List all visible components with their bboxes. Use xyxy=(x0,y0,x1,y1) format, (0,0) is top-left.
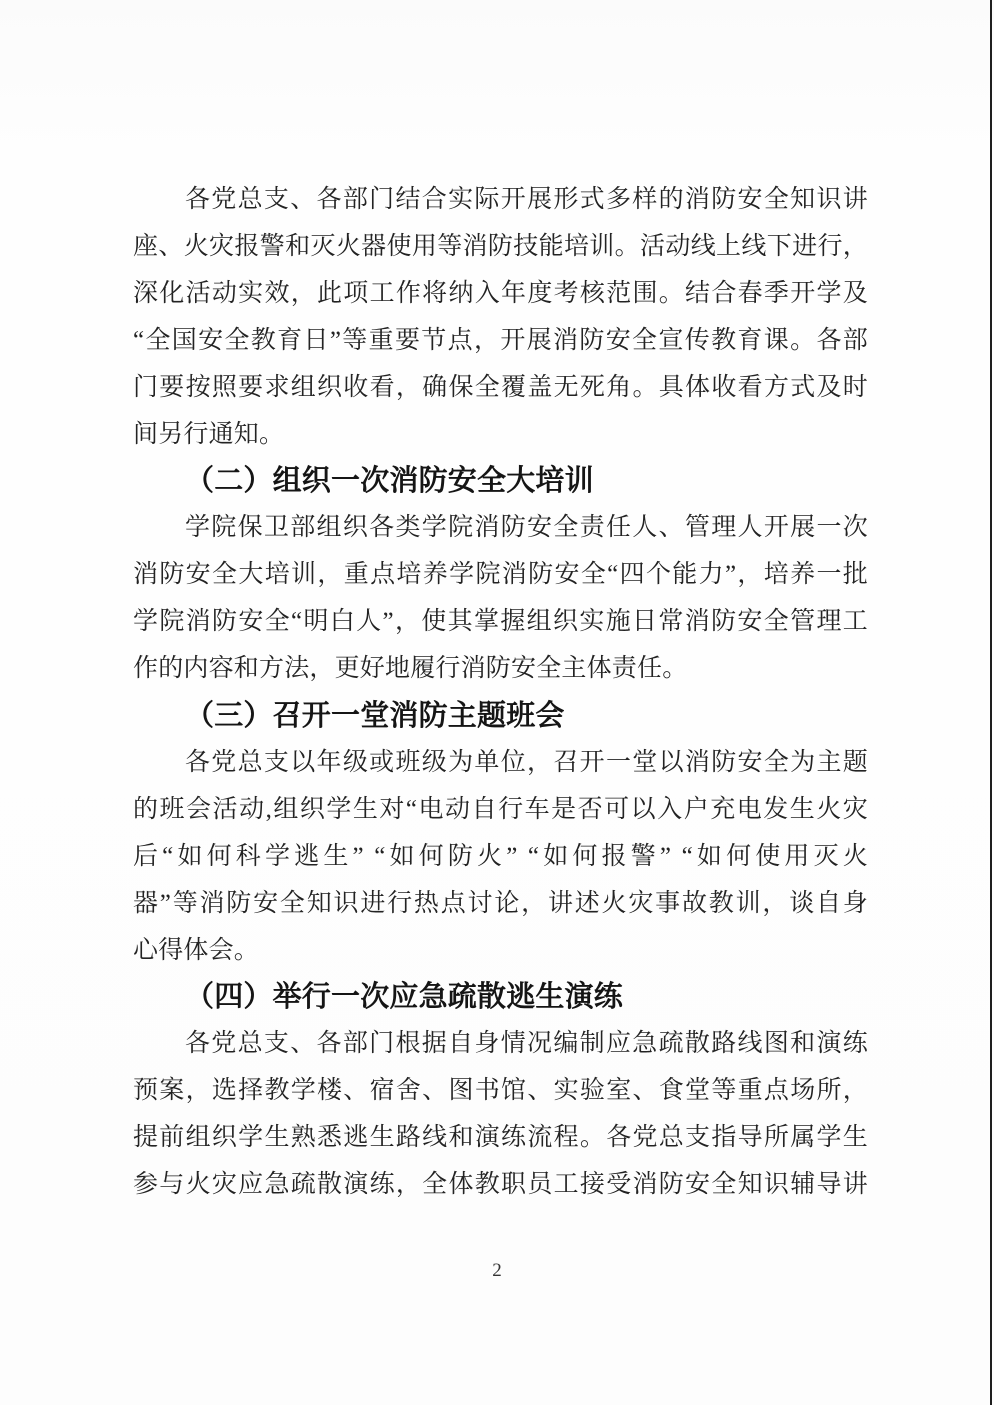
section-heading-2: （二）组织一次消防安全大培训 xyxy=(133,458,868,505)
paragraph: 各党总支、各部门结合实际开展形式多样的消防安全知识讲 座、火灾报警和灭火器使用等… xyxy=(133,177,868,458)
paragraph: 各党总支以年级或班级为单位，召开一堂以消防安全为主题 的班会活动,组织学生对“电… xyxy=(133,740,868,975)
text-line: 参与火灾应急疏散演练，全体教职员工接受消防安全知识辅导讲 xyxy=(133,1162,868,1209)
section-heading-4: （四）举行一次应急疏散逃生演练 xyxy=(133,974,868,1021)
text-line: 的班会活动,组织学生对“电动自行车是否可以入户充电发生火灾 xyxy=(133,787,868,834)
text-line: 各党总支、各部门结合实际开展形式多样的消防安全知识讲 xyxy=(133,177,868,224)
section-heading-3: （三）召开一堂消防主题班会 xyxy=(133,693,868,740)
text-line: 预案，选择教学楼、宿舍、图书馆、实验室、食堂等重点场所， xyxy=(133,1068,868,1115)
text-line: 学院消防安全“明白人”，使其掌握组织实施日常消防安全管理工 xyxy=(133,599,868,646)
scan-edge-right xyxy=(990,0,992,1405)
text-line: 门要按照要求组织收看，确保全覆盖无死角。具体收看方式及时 xyxy=(133,365,868,412)
text-line: 器”等消防安全知识进行热点讨论，讲述火灾事故教训，谈自身 xyxy=(133,881,868,928)
text-line: 学院保卫部组织各类学院消防安全责任人、管理人开展一次 xyxy=(133,505,868,552)
paragraph: 学院保卫部组织各类学院消防安全责任人、管理人开展一次 消防安全大培训，重点培养学… xyxy=(133,505,868,693)
text-line: 各党总支以年级或班级为单位，召开一堂以消防安全为主题 xyxy=(133,740,868,787)
text-line: 作的内容和方法，更好地履行消防安全主体责任。 xyxy=(133,646,868,693)
text-line: 座、火灾报警和灭火器使用等消防技能培训。活动线上线下进行， xyxy=(133,224,868,271)
document-page: 各党总支、各部门结合实际开展形式多样的消防安全知识讲 座、火灾报警和灭火器使用等… xyxy=(0,0,994,1405)
paragraph: 各党总支、各部门根据自身情况编制应急疏散路线图和演练 预案，选择教学楼、宿舍、图… xyxy=(133,1021,868,1209)
text-line: 心得体会。 xyxy=(133,928,868,975)
text-line: 间另行通知。 xyxy=(133,412,868,459)
text-line: 提前组织学生熟悉逃生路线和演练流程。各党总支指导所属学生 xyxy=(133,1115,868,1162)
text-line: 后“如何科学逃生” “如何防火” “如何报警” “如何使用灭火 xyxy=(133,834,868,881)
text-line: 深化活动实效，此项工作将纳入年度考核范围。结合春季开学及 xyxy=(133,271,868,318)
text-line: 消防安全大培训，重点培养学院消防安全“四个能力”，培养一批 xyxy=(133,552,868,599)
text-line: “全国安全教育日”等重要节点，开展消防安全宣传教育课。各部 xyxy=(133,318,868,365)
text-line: 各党总支、各部门根据自身情况编制应急疏散路线图和演练 xyxy=(133,1021,868,1068)
document-body: 各党总支、各部门结合实际开展形式多样的消防安全知识讲 座、火灾报警和灭火器使用等… xyxy=(133,177,868,1209)
page-number: 2 xyxy=(0,1259,994,1283)
